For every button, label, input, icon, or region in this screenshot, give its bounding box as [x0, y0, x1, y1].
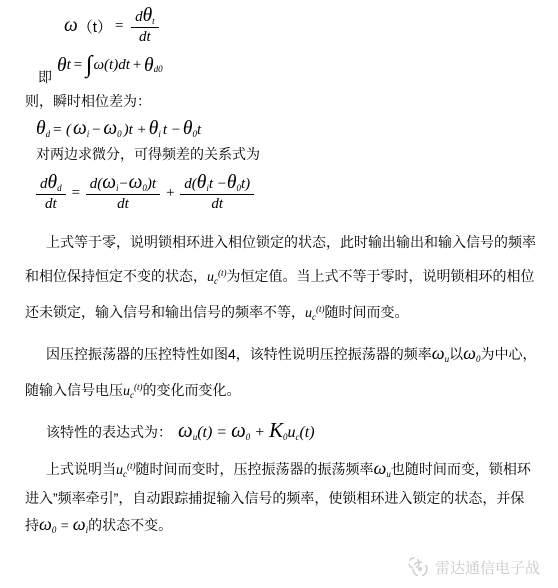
formula-body: ωu(t) = ω0 + K0uc(t) — [178, 421, 315, 442]
math-token: = — [56, 519, 72, 534]
math-token: θ — [143, 6, 153, 26]
inline-formula-omega-u: ωu — [374, 461, 391, 477]
formula-phase-difference: θd= (ωi−ω0)t +θit −θ0t — [36, 119, 558, 139]
formula-lhs: ω （t） = — [64, 16, 126, 37]
math-token: u — [116, 463, 123, 478]
fraction: dθd dt — [36, 173, 66, 213]
fraction-numerator: dθd — [36, 173, 66, 195]
math-subscript: 0 — [142, 183, 147, 193]
math-subscript: i — [158, 129, 161, 139]
math-subscript: 0 — [246, 432, 251, 442]
paragraph-text: 随时间而变。 — [325, 304, 409, 320]
paragraph-frequency-pull: 上式说明当uc(t)随时间而变时，压控振荡器的振荡频率ωu也随时间而变，锁相环进… — [25, 456, 538, 541]
math-subscript: t — [152, 16, 155, 26]
math-token: − — [89, 122, 103, 138]
inline-formula-uc-t: uc(t) — [123, 382, 143, 398]
math-token: u — [305, 306, 312, 321]
fraction-numerator: d(ωi−ω0)t — [86, 173, 160, 195]
math-token: θ — [48, 173, 58, 193]
math-token: = — [212, 424, 231, 441]
math-token: + — [130, 55, 144, 76]
math-token: = — [71, 55, 85, 76]
math-token: d( — [90, 176, 103, 193]
math-token: = — [69, 185, 83, 202]
math-token: θ — [144, 56, 154, 76]
math-token: (t) — [299, 424, 314, 441]
math-token: θ — [149, 118, 159, 139]
math-token: ω — [39, 514, 52, 534]
text-line-instant-phase: 则，瞬时相位差为： — [25, 90, 558, 114]
formula-frequency-difference: dθd dt = d(ωi−ω0)t dt + d(θit −θ0t) dt — [36, 173, 558, 213]
formula-omega-definition: ω （t） = dθt dt — [64, 6, 558, 46]
math-subscript: 0 — [283, 432, 288, 442]
inline-formula-uc-t: uc(t) — [207, 268, 227, 284]
math-subscript: 0 — [52, 525, 57, 535]
math-token: d — [135, 9, 143, 26]
math-superscript: (t) — [218, 268, 227, 278]
paragraph-text: 的变化而变化。 — [143, 382, 241, 398]
math-subscript: i — [206, 183, 209, 193]
math-subscript: i — [86, 525, 89, 535]
fraction: dθt dt — [131, 6, 159, 46]
paragraph-text: 以 — [449, 346, 463, 362]
math-token: + — [163, 185, 177, 202]
inline-formula-uc-t: uc(t) — [305, 304, 325, 320]
math-token: ω — [463, 343, 476, 363]
math-token: (t) — [197, 424, 212, 441]
inline-formula-omega-0: ω0 — [463, 346, 480, 362]
math-token: ω — [73, 514, 86, 534]
math-token: K — [269, 419, 283, 442]
inline-formula-uc-t: uc(t) — [116, 461, 136, 477]
math-subscript: d0 — [154, 63, 163, 76]
math-token: t) — [241, 176, 250, 193]
math-token: ω — [129, 173, 143, 193]
paragraph-vco-characteristic: 因压控振荡器的压控特性如图4，该特性说明压控振荡器的频率ωu以ω0为中心，随输入… — [25, 337, 538, 409]
math-token: ω — [178, 419, 193, 442]
fraction-denominator: dt — [45, 195, 57, 213]
math-subscript: d — [46, 129, 51, 139]
fraction: d(θit −θ0t) dt — [180, 173, 254, 213]
math-token: ω — [64, 16, 78, 36]
math-superscript: (t) — [134, 382, 143, 392]
math-subscript: d — [57, 183, 62, 193]
math-token: = ( — [50, 122, 73, 138]
math-subscript: u — [445, 354, 450, 364]
math-token: ω — [432, 343, 445, 363]
fraction-denominator: dt — [139, 28, 151, 46]
document-page: ω （t） = dθt dt 即 θt = ∫ ω(t)dt + θd0 则，瞬… — [0, 0, 558, 588]
math-token: )t — [147, 176, 156, 193]
math-token: （t） — [78, 16, 112, 37]
math-superscript: (t) — [127, 461, 136, 471]
math-token: u — [207, 270, 214, 285]
math-token: ω — [73, 118, 87, 139]
fraction-numerator: dθt — [131, 6, 159, 28]
math-token: t − — [161, 122, 183, 138]
math-token: )t + — [122, 122, 149, 138]
math-subscript: u — [193, 432, 198, 442]
math-token: u — [123, 384, 130, 399]
math-subscript: i — [87, 129, 90, 139]
text-line-differentiate: 对两边求微分，可得频差的关系式为 — [36, 143, 558, 167]
paragraph-text: 随时间而变时，压控振荡器的振荡频率 — [136, 461, 374, 477]
math-token: θ — [227, 173, 237, 193]
formula-body: θt = ∫ ω(t)dt + θd0 — [57, 49, 163, 83]
math-token: t — [197, 122, 201, 138]
formula-theta-integral: 即 θt = ∫ ω(t)dt + θd0 — [38, 54, 558, 88]
math-token: ω — [374, 458, 387, 478]
fraction-numerator: d(θit −θ0t) — [180, 173, 254, 195]
math-token: ω(t)dt — [93, 55, 129, 76]
math-token: θ — [57, 56, 67, 76]
math-token: − — [119, 176, 129, 193]
integral-sign: ∫ — [86, 49, 93, 83]
math-subscript: c — [295, 432, 299, 442]
fraction-denominator: dt — [211, 195, 223, 213]
math-superscript: (t) — [316, 304, 325, 314]
watermark: 雷达通信电子战 — [406, 556, 540, 578]
expression-label: 该特性的表达式为： — [46, 422, 172, 442]
math-token: d( — [184, 176, 197, 193]
fraction: d(ωi−ω0)t dt — [86, 173, 160, 213]
inline-formula-omega-equal: ω0 = ωi — [39, 517, 88, 533]
label-ji: 即 — [38, 68, 52, 88]
paragraph-text: 的状态不变。 — [88, 517, 172, 533]
inline-formula-omega-u: ωu — [432, 346, 449, 362]
math-subscript: 0 — [476, 354, 481, 364]
math-subscript: 0 — [117, 129, 122, 139]
paragraph-lock-state: 上式等于零，说明锁相环进入相位锁定的状态，此时输出输出和输入信号的频率和相位保持… — [25, 225, 538, 331]
math-token: θ — [36, 118, 46, 139]
math-token: + — [250, 424, 269, 441]
math-subscript: 0 — [236, 183, 241, 193]
formula-vco-expression-line: 该特性的表达式为： ωu(t) = ω0 + K0uc(t) — [46, 421, 558, 442]
math-token: ω — [102, 173, 116, 193]
math-subscript: 0 — [192, 129, 197, 139]
math-token: d — [40, 176, 48, 193]
watermark-logo-icon — [406, 556, 430, 578]
math-subscript: u — [386, 469, 391, 479]
math-token: θ — [197, 173, 207, 193]
watermark-text: 雷达通信电子战 — [435, 557, 540, 578]
paragraph-text: 因压控振荡器的压控特性如图4，该特性说明压控振荡器的频率 — [46, 346, 432, 362]
math-token: ω — [103, 118, 117, 139]
math-token: ω — [231, 419, 246, 442]
math-token: = — [112, 18, 126, 35]
math-subscript: i — [116, 183, 119, 193]
fraction-denominator: dt — [117, 195, 129, 213]
math-token: t − — [209, 176, 227, 193]
paragraph-text: 上式说明当 — [46, 461, 116, 477]
